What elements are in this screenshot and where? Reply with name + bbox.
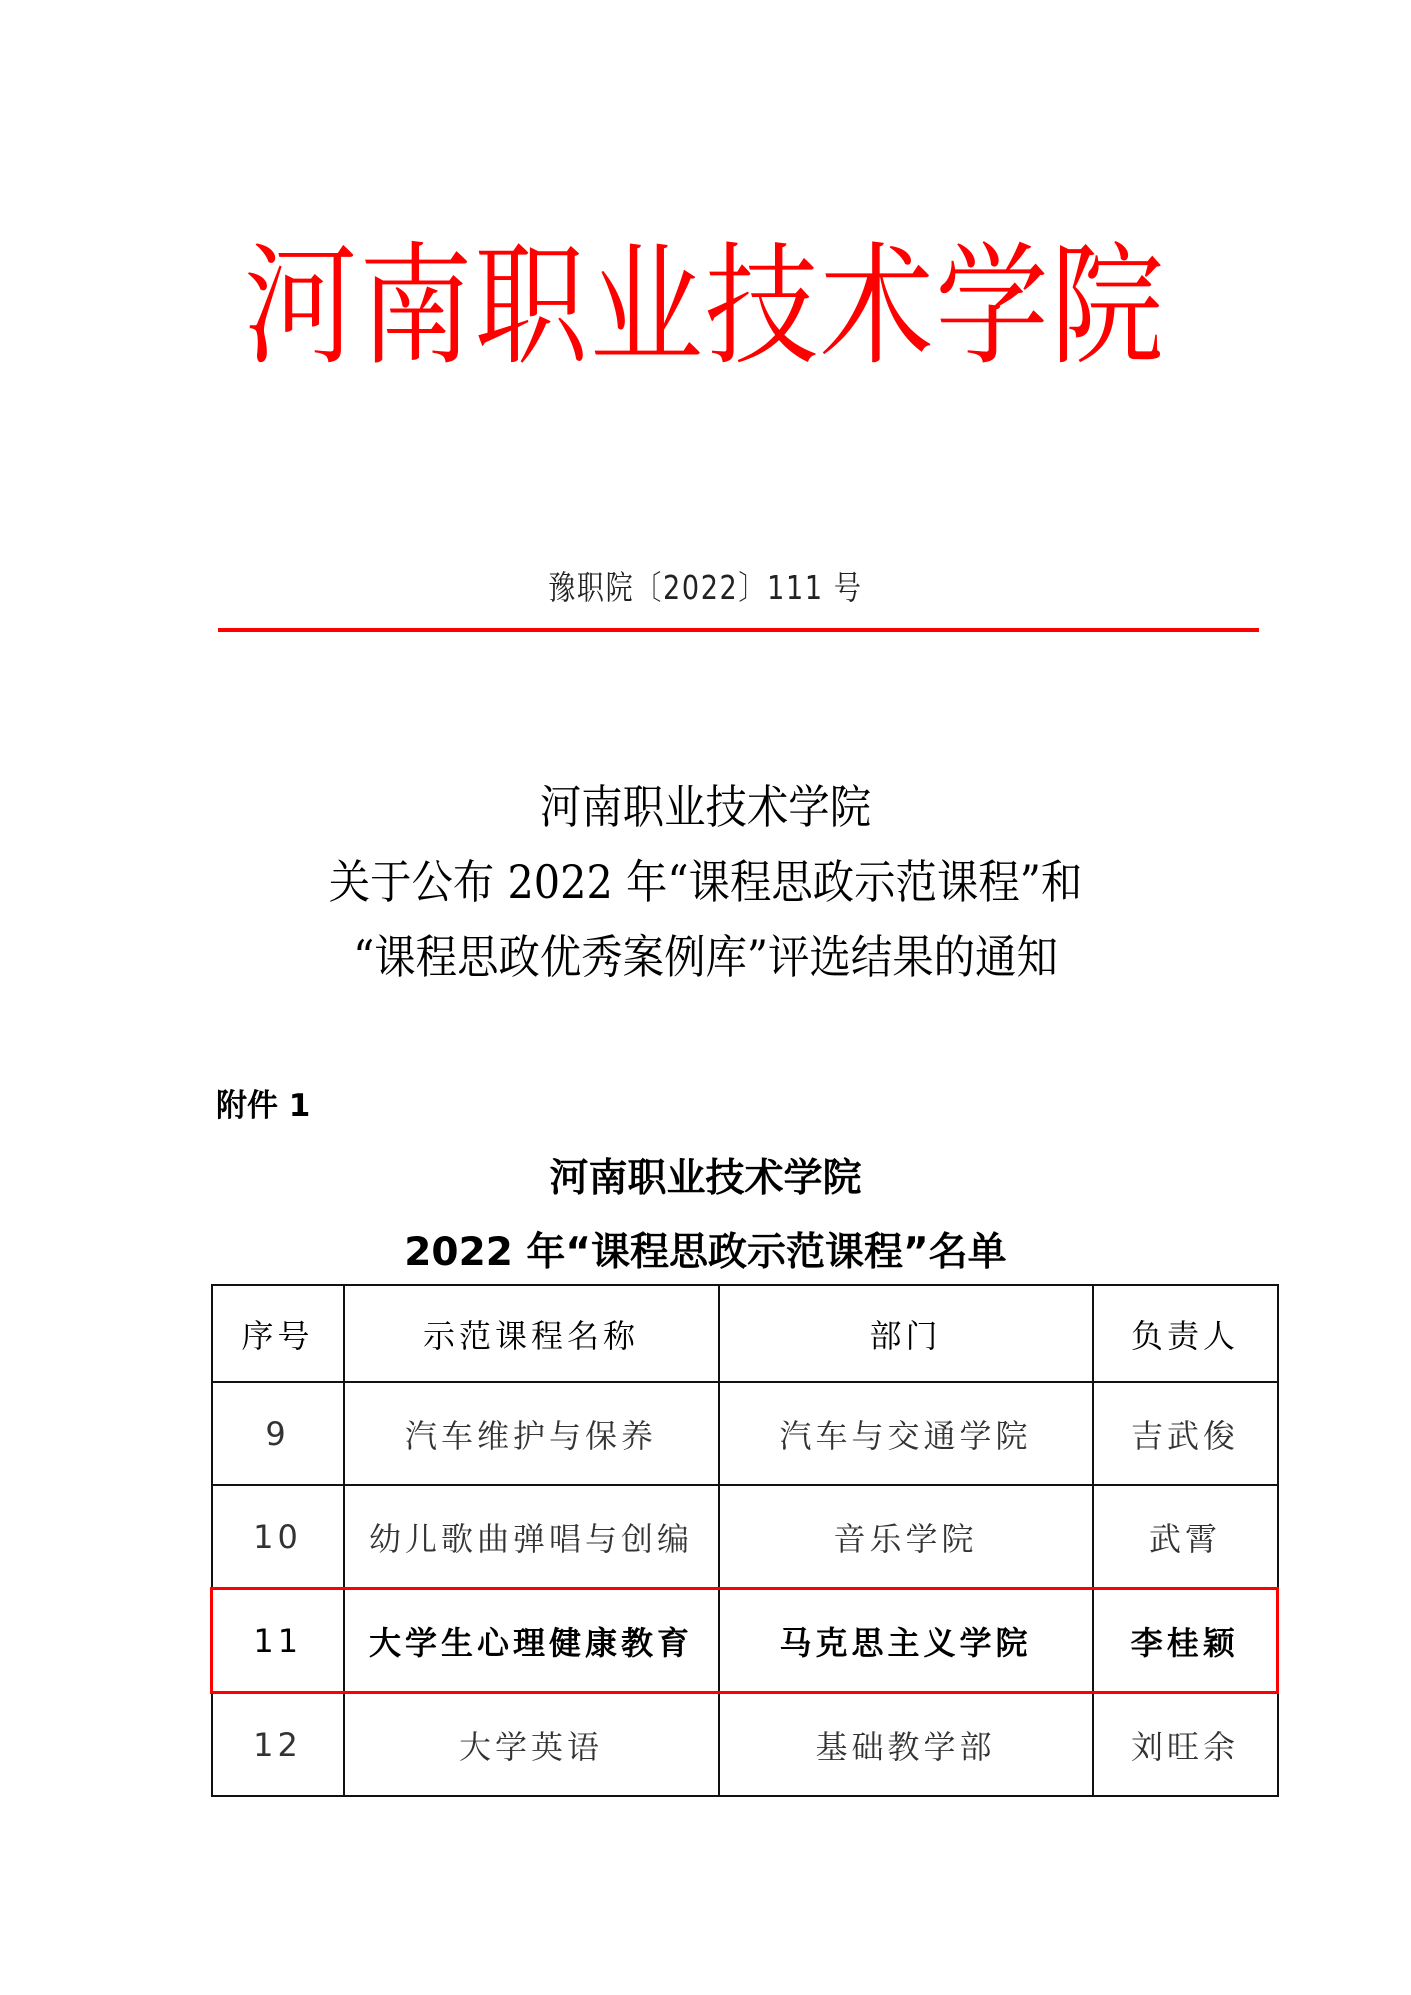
- table-row-highlighted: 11 大学生心理健康教育 马克思主义学院 李桂颖: [212, 1589, 1278, 1693]
- list-title-institution: 河南职业技术学院: [0, 1154, 1411, 1204]
- table-row: 9 汽车维护与保养 汽车与交通学院 吉武俊: [212, 1382, 1278, 1485]
- cell-lead: 李桂颖: [1093, 1589, 1278, 1693]
- cell-lead: 武霄: [1093, 1485, 1278, 1589]
- cell-department: 汽车与交通学院: [719, 1382, 1093, 1485]
- cell-course: 大学生心理健康教育: [344, 1589, 719, 1693]
- notice-title-line-3: “课程思政优秀案例库”评选结果的通知: [71, 920, 1341, 995]
- table-row: 10 幼儿歌曲弹唱与创编 音乐学院 武霄: [212, 1485, 1278, 1589]
- column-header-department: 部门: [719, 1285, 1093, 1382]
- cell-no: 11: [212, 1589, 344, 1693]
- table-header-row: 序号 示范课程名称 部门 负责人: [212, 1285, 1278, 1382]
- institution-masthead: 河南职业技术学院: [98, 232, 1311, 382]
- notice-title: 河南职业技术学院 关于公布 2022 年“课程思政示范课程”和 “课程思政优秀案…: [0, 770, 1411, 995]
- red-divider: [218, 628, 1259, 632]
- cell-no: 10: [212, 1485, 344, 1589]
- document-number: 豫职院〔2022〕111 号: [127, 566, 1284, 610]
- list-title-name: 2022 年“课程思政示范课程”名单: [0, 1228, 1411, 1278]
- cell-department: 音乐学院: [719, 1485, 1093, 1589]
- cell-department: 基础教学部: [719, 1693, 1093, 1797]
- cell-no: 9: [212, 1382, 344, 1485]
- cell-course: 汽车维护与保养: [344, 1382, 719, 1485]
- column-header-lead: 负责人: [1093, 1285, 1278, 1382]
- cell-lead: 刘旺余: [1093, 1693, 1278, 1797]
- course-list-table: 序号 示范课程名称 部门 负责人 9 汽车维护与保养 汽车与交通学院 吉武俊 1…: [210, 1284, 1279, 1797]
- column-header-course: 示范课程名称: [344, 1285, 719, 1382]
- cell-course: 幼儿歌曲弹唱与创编: [344, 1485, 719, 1589]
- column-header-no: 序号: [212, 1285, 344, 1382]
- cell-department: 马克思主义学院: [719, 1589, 1093, 1693]
- cell-course: 大学英语: [344, 1693, 719, 1797]
- table-row: 12 大学英语 基础教学部 刘旺余: [212, 1693, 1278, 1797]
- cell-no: 12: [212, 1693, 344, 1797]
- attachment-label: 附件 1: [216, 1086, 310, 1126]
- notice-title-line-2: 关于公布 2022 年“课程思政示范课程”和: [71, 845, 1341, 920]
- cell-lead: 吉武俊: [1093, 1382, 1278, 1485]
- notice-title-line-1: 河南职业技术学院: [71, 770, 1341, 845]
